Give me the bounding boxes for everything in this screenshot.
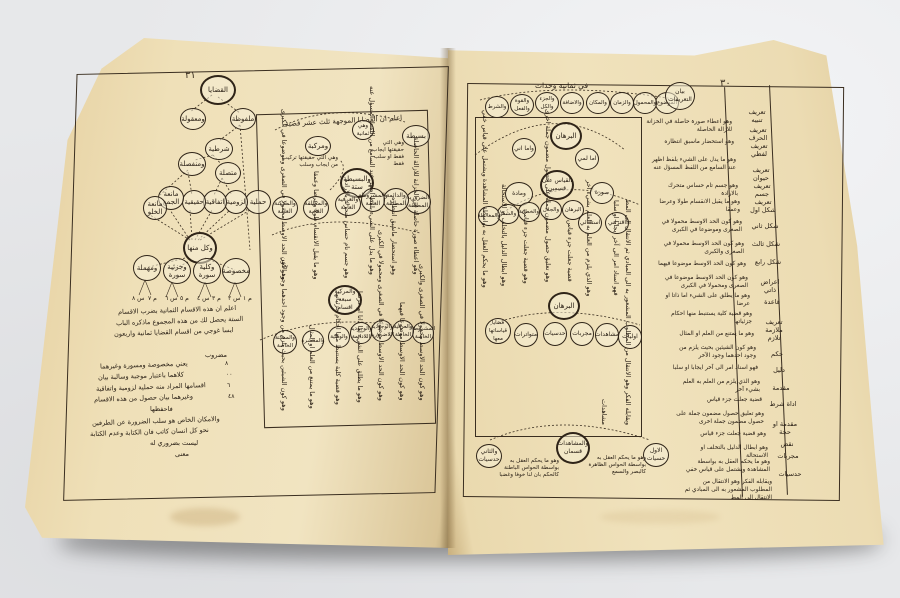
burhan2-node: قضايا قياساتها معها bbox=[485, 318, 511, 344]
header-node: والمكان bbox=[586, 92, 610, 114]
column-text: وهو ابطال الدليل بالتخلف او الاستحالة bbox=[500, 226, 508, 286]
side-heading: تعريف جسم bbox=[747, 182, 777, 198]
calc-result: فاحفظها bbox=[150, 404, 173, 415]
definition-text: وهو كون الحد الاوسط محمولا في الصغرى ومو… bbox=[654, 218, 742, 234]
side-heading: مقدمة او حجة bbox=[770, 420, 800, 436]
column-text: وهو ما يطلق على الشيء اما ذاتا او عرضا bbox=[356, 348, 364, 403]
column-text: وهو كون الشيئين بحيث يلزم من وجود احدهما… bbox=[280, 356, 288, 411]
burhan-node: واما اني bbox=[512, 138, 536, 160]
tree-node: ومنفصلة bbox=[178, 152, 206, 176]
header-node: والزمان bbox=[610, 92, 634, 114]
side-heading: دليل bbox=[764, 366, 794, 374]
side-heading: نقض bbox=[772, 440, 802, 448]
tree-node: مانعة الخلو bbox=[143, 196, 167, 220]
paper-stain bbox=[170, 508, 240, 526]
column-text: وهو ما يدل على الشيء بلفظ اظهر عند السام… bbox=[368, 215, 376, 275]
side-heading: حدسيات bbox=[775, 470, 805, 478]
calc-number: ٨ bbox=[225, 358, 228, 369]
tree-node: مخصوصة bbox=[222, 258, 250, 284]
definition-text: وهو كون الحد الاوسط موضوعا فيهما bbox=[658, 260, 746, 268]
definition-text: وهو كون الشيئين بحيث يلزم من وجود احدهما… bbox=[668, 344, 756, 360]
tree-node: وكلية سورة bbox=[193, 258, 221, 284]
burhan-node: صورة bbox=[590, 182, 614, 204]
column-text: مشاهدات bbox=[600, 350, 608, 425]
column-text: وهو استحضار ماسبق انتظاره bbox=[390, 215, 398, 275]
paper-stain bbox=[600, 510, 720, 524]
burhan2-root-node: البرهان bbox=[548, 292, 580, 320]
definition-text: وهو تعليق حصول مضمون جملة على حصول مضمون… bbox=[676, 410, 764, 426]
tree-leaf: م ٧ bbox=[148, 293, 157, 304]
column-text: وهو قضية جعلت جزء قياس bbox=[522, 224, 530, 284]
column-text: وهو تعليق حصول مضمون جملة على حصول مضمون… bbox=[544, 222, 552, 282]
header-node: والمحمول bbox=[633, 92, 657, 114]
tree-leaf: م ٣ bbox=[212, 293, 221, 304]
side-heading: اداة شرط bbox=[768, 400, 798, 408]
definition-text: وهو استحضار ماسبق انتظاره bbox=[646, 138, 734, 146]
column-text: وهو قضية كلية يستنبط منها احكام جزئياتها bbox=[334, 350, 342, 405]
column-text: قضية جعلت جزء قياس bbox=[566, 222, 574, 282]
definitions-node: بيان التعريفات bbox=[665, 82, 695, 110]
tree-leaf: م ١ bbox=[243, 293, 252, 304]
definition-text: وهو ما يدل على الشيء بلفظ اظهر عند السام… bbox=[648, 156, 736, 172]
definition-text: وهو قضية كلية يستنبط منها احكام جزئياتها bbox=[664, 310, 752, 326]
definition-text: ويقابله الفكر وهو الانتقال من المطلوب ال… bbox=[684, 478, 772, 502]
column-text: فهو اسناد امر الى آخر ايجابا او سلبا bbox=[612, 236, 620, 296]
side-heading: تعريف لفظي bbox=[744, 142, 774, 158]
definition-text: وهو ما يطلق على الشيء اما ذاتا او عرضا bbox=[662, 292, 750, 308]
burhan2-node: حدسيات bbox=[543, 322, 567, 346]
side-heading: شكل ثاني bbox=[750, 222, 780, 230]
tree-node: حقيقية bbox=[182, 190, 206, 214]
tree-node: ملفوظة bbox=[230, 108, 256, 130]
tree-node: وجزئية سورة bbox=[163, 258, 191, 284]
tree-node: شرطية bbox=[205, 138, 233, 160]
side-heading: مقدمة bbox=[766, 384, 796, 392]
tree-leaf: م ٥ bbox=[180, 293, 189, 304]
column-text: وهو كون الحد الاوسط محمولا في الصغرى وال… bbox=[418, 346, 426, 401]
tree-node: لزومية bbox=[224, 190, 248, 214]
side-heading: تعريف شكل اول bbox=[748, 198, 778, 214]
burhan-node: اما لمي bbox=[575, 148, 599, 170]
column-text: وهو كون الحد الاوسط موضوعا في الصغرى ومح… bbox=[377, 346, 385, 401]
tree-leaf: س ٦ bbox=[165, 293, 177, 304]
calc-label: مضروب bbox=[205, 350, 227, 361]
calc-number: ٦ bbox=[227, 380, 230, 391]
bottom-node: الاول حسيات bbox=[643, 443, 669, 467]
column-text: ويقابله الفكر وهو الانتقال من المطلوب ال… bbox=[624, 350, 632, 425]
left-page-number: ٣١ bbox=[185, 70, 196, 81]
footer-line: ليست بضروري له bbox=[150, 438, 198, 449]
definition-text: وهو الذي يلزم من العلم به العلم بشيء آخر bbox=[672, 378, 760, 394]
side-heading: شكل ثالث bbox=[751, 240, 781, 248]
side-heading: تعريف تنبيه bbox=[742, 108, 772, 124]
burhan-root-node: البرهان bbox=[550, 122, 582, 150]
mushahadat-node: والمشاهدات قسمان bbox=[556, 432, 590, 464]
side-heading: تعريف حيوان bbox=[746, 166, 776, 182]
header-node: والقوة والفعل bbox=[510, 94, 534, 116]
definition-text: وهو كون الحد الاوسط موضوعا في الصغرى ومح… bbox=[660, 274, 748, 290]
definition-text: قضية جعلت جزء قياس bbox=[674, 396, 762, 404]
burhan2-node: متواترات bbox=[514, 323, 538, 347]
tree-node: اتفاقية bbox=[203, 190, 227, 214]
side-heading: تعريف الحرف bbox=[743, 126, 773, 142]
side-heading: اعراض ذاتي bbox=[755, 278, 785, 294]
matter-node: البرهان bbox=[562, 200, 584, 220]
column-text: وهو ما يحكم العقل به بواسطة المشاهدة ويش… bbox=[481, 228, 489, 288]
tree-leaf: س ٤ bbox=[197, 293, 209, 304]
right-page-number: ٣٠ bbox=[720, 78, 731, 89]
definition-text: وهو قضية جعلت جزء قياس bbox=[678, 430, 766, 438]
tree-node: ومعقولة bbox=[180, 108, 206, 130]
tree-node: حملية bbox=[245, 190, 271, 214]
column-text: وهو كون الحد الاوسط موضوعا فيهما bbox=[398, 346, 406, 401]
definition-text: وهو كون الحد الاوسط محمولا في الصغرى وال… bbox=[656, 240, 744, 256]
definition-text: وهو ما يقبل الانقسام طولا وعرضا وعمقا bbox=[652, 198, 740, 214]
burhan2-node: مشاهدات bbox=[595, 323, 619, 347]
header-node: والاضافة bbox=[560, 92, 584, 114]
tree-node: متصلة bbox=[215, 162, 241, 184]
side-heading: قاعدة bbox=[757, 298, 787, 306]
column-text: وهو جسم تام حساس متحرك بالارادة bbox=[343, 218, 351, 278]
calc-number: ٠٠ bbox=[226, 369, 232, 380]
tree-leaf: س ٨ bbox=[132, 293, 144, 304]
side-heading: حكم bbox=[762, 350, 792, 358]
definition-text: وهو ما يحكم العقل به بواسطة المشاهدة ويش… bbox=[682, 458, 770, 474]
bottom-caption: وهو ما يحكم العقل به بواسطة الحواس الباط… bbox=[497, 458, 559, 479]
definition-text: وهو ما يمتنع من العلم او المثال bbox=[666, 330, 754, 338]
tree-node: ومهملة bbox=[133, 255, 161, 281]
bottom-caption: وهو ما يحكم العقل به بواسطة الحواس الظاه… bbox=[588, 455, 646, 476]
definition-text: وهو جسم تام حساس متحرك بالارادة bbox=[650, 182, 738, 198]
calc-number: ٤٨ bbox=[228, 391, 234, 402]
column-text: وهو الذي يلزم من العلم به العلم بشيء آخر bbox=[585, 236, 593, 296]
header-title: في ثمانية وحدات bbox=[535, 80, 588, 91]
side-heading: تعريف ملازمة تلازم bbox=[759, 318, 789, 342]
definition-text: فهو اسناد امر الى آخر ايجابا او سلبا bbox=[670, 364, 758, 372]
footer-line: معنى bbox=[175, 449, 189, 460]
box-node: ومركبة bbox=[305, 136, 331, 156]
side-heading: شكل رابع bbox=[753, 258, 783, 266]
column-text: وهو ما يقبل الانقسام طولا وعرضا وعمقا bbox=[312, 220, 320, 280]
tree-root-node: القضايا bbox=[200, 75, 236, 105]
side-heading: مجربات bbox=[773, 452, 803, 460]
definition-text: وهو اعطاء صورة حاصلة في الخزانة للازالة … bbox=[644, 118, 732, 134]
column-text: وهو ما يمتنع من العلم او المثال bbox=[308, 354, 316, 409]
burhan2-node: مجربات bbox=[570, 322, 594, 346]
